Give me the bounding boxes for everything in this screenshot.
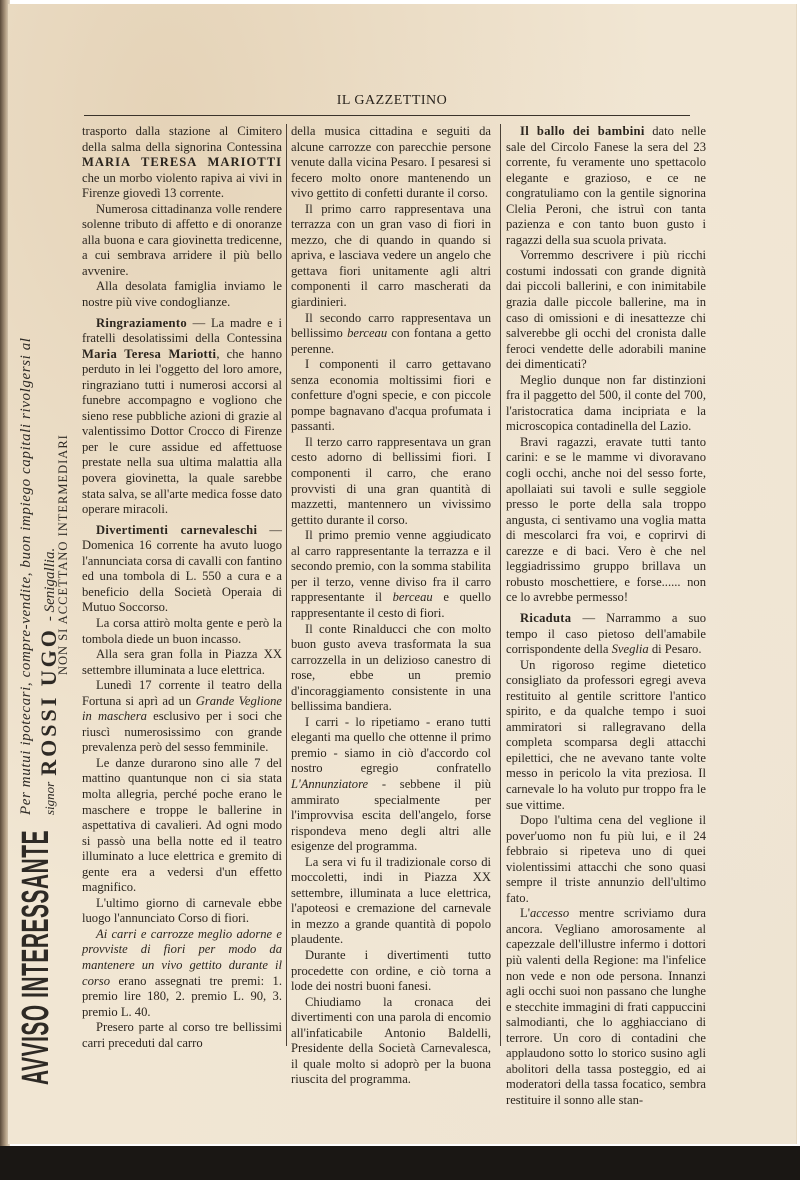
deceased-name: MARIA TERESA MARIOTTI <box>82 155 282 169</box>
article-paragraph: trasporto dalla stazione al Cimitero del… <box>82 124 282 202</box>
vertical-advertisement: AVVISO INTERESSANTE Per mutui ipotecari,… <box>14 125 74 1085</box>
article-paragraph: Numerosa cittadinanza volle rendere sole… <box>82 202 282 280</box>
article-paragraph: Bravi ragazzi, eravate tutti tanto carin… <box>506 435 706 606</box>
article-paragraph: Presero parte al corso tre bellissimi ca… <box>82 1020 282 1051</box>
article-paragraph: Il primo carro rappresentava una terrazz… <box>291 202 491 311</box>
article-paragraph: Il terzo carro rappresentava un gran ces… <box>291 435 491 528</box>
column-1: trasporto dalla stazione al Cimitero del… <box>82 124 282 1051</box>
article-ricaduta: Ricaduta — Narrammo a suo tempo il caso … <box>506 611 706 658</box>
article-divertimenti: Divertimenti carnevaleschi — Domenica 16… <box>82 523 282 616</box>
advertisement-line-1: Per mutui ipotecari, compre-vendite, buo… <box>18 337 35 815</box>
article-paragraph: Le danze durarono sino alle 7 del mattin… <box>82 756 282 896</box>
article-heading: Divertimenti carnevaleschi <box>96 523 257 537</box>
advertisement-line-3: NON SI ACCETTANO INTERMEDIARI <box>56 434 71 675</box>
header-rule <box>84 115 690 116</box>
article-paragraph: L'ultimo giorno di carnevale ebbe luogo … <box>82 896 282 927</box>
article-paragraph: della musica cittadina e seguiti da alcu… <box>291 124 491 202</box>
column-3: Il ballo dei bambini dato nelle sale del… <box>506 124 706 1108</box>
article-paragraph: Durante i divertimenti tutto procedette … <box>291 948 491 995</box>
article-paragraph: Meglio dunque non far distinzioni fra il… <box>506 373 706 435</box>
article-paragraph: Il primo premio venne aggiudicato al car… <box>291 528 491 621</box>
article-heading: Ringraziamento <box>96 316 187 330</box>
article-paragraph: Il conte Rinalducci che con molto buon g… <box>291 622 491 715</box>
article-paragraph: Ai carri e carrozze meglio adorne e prov… <box>82 927 282 1020</box>
article-paragraph: Chiudiamo la cronaca dei divertimenti co… <box>291 995 491 1088</box>
article-paragraph: I componenti il carro gettavano senza ec… <box>291 357 491 435</box>
article-paragraph: La corsa attirò molta gente e però la to… <box>82 616 282 647</box>
article-paragraph: Lunedì 17 corrente il teatro della Fortu… <box>82 678 282 756</box>
article-heading: Ricaduta <box>520 611 571 625</box>
scan-background-edge <box>0 1146 800 1180</box>
article-paragraph: Dopo l'ultima cena del veglione il pover… <box>506 813 706 906</box>
article-ringraziamento: Ringraziamento — La madre e i fratelli d… <box>82 316 282 518</box>
advertisement-title: AVVISO INTERESSANTE <box>16 830 56 1085</box>
article-paragraph: Vorremmo descrivere i più ricchi costumi… <box>506 248 706 372</box>
article-heading: Il ballo dei bambini <box>520 124 645 138</box>
article-ballo: Il ballo dei bambini dato nelle sale del… <box>506 124 706 248</box>
column-2: della musica cittadina e seguiti da alcu… <box>291 124 491 1088</box>
column-divider <box>500 124 501 1046</box>
column-divider <box>286 124 287 1046</box>
article-paragraph: Il secondo carro rappresentava un bellis… <box>291 311 491 358</box>
page-title: IL GAZZETTINO <box>82 93 702 109</box>
article-paragraph: Alla sera gran folla in Piazza XX settem… <box>82 647 282 678</box>
article-paragraph: La sera vi fu il tradizionale corso di m… <box>291 855 491 948</box>
article-paragraph: Alla desolata famiglia inviamo le nostre… <box>82 279 282 310</box>
article-paragraph: I carri - lo ripetiamo - erano tutti ele… <box>291 715 491 855</box>
article-paragraph: Un rigoroso regime dietetico consigliato… <box>506 658 706 813</box>
advertisement-signor: signor <box>42 782 57 815</box>
article-paragraph: L'accesso mentre scriviamo dura ancora. … <box>506 906 706 1108</box>
